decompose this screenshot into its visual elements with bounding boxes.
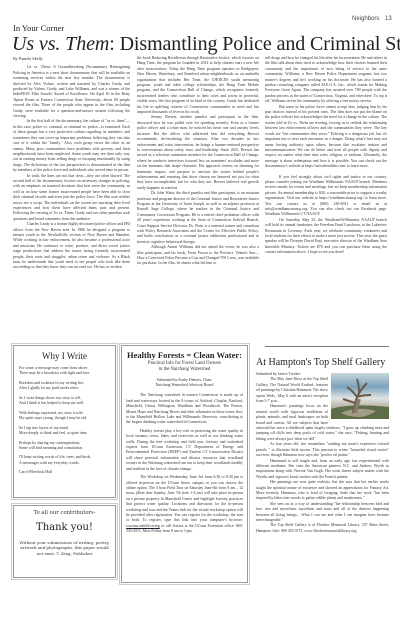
paragraph: Although Ameer Williams did not attend t… — [137, 245, 259, 267]
poem-line: After I gladly let my paid works retire. — [19, 386, 110, 391]
stanza: For some, a message may come from above.… — [19, 366, 110, 376]
stanza: So I write things down, my story to tell… — [19, 396, 110, 406]
article-column-3: sell drugs and how he changed his life a… — [265, 56, 387, 256]
byline: By Pamela Skelly — [13, 56, 130, 61]
publication-name: Neighbors — [352, 16, 379, 22]
credit-line: Natchaug Watershed Advisory Board — [126, 383, 243, 388]
stanza: Boredom and isolation lit my writing fir… — [19, 381, 110, 391]
paragraph: The Top Shelf Gallery is at Fletcher Mem… — [256, 523, 389, 534]
forest-article-box: Healthy Forests = Clean Water: Practical… — [121, 345, 248, 583]
article-column-1: By Pamela Skelly Us vs. Them: A Groundbr… — [13, 56, 130, 271]
paragraph: Jeremy Brewer, another panelist and part… — [137, 115, 259, 191]
paragraph: sell drugs and how he changed his life a… — [265, 56, 387, 105]
paragraph: But some in his police force cannot acce… — [265, 105, 387, 170]
main-headline: Us vs. Them: Dismantling Police and Crim… — [12, 33, 400, 56]
headline-italic: Us vs. Them — [12, 33, 109, 55]
paragraph: In the first half of the documentary, th… — [13, 119, 130, 173]
thanks-title: Thank you! — [19, 522, 110, 533]
poem-line: There may be a broadcast with light and … — [19, 371, 110, 376]
subtitle-line: in the Natchaug Watershed — [126, 367, 243, 373]
paragraph: Us vs. Them: A Groundbreaking Documentar… — [13, 65, 130, 119]
paragraph: On Saturday, May 23, the Windham/Willima… — [265, 218, 387, 256]
paragraph: Charles Grady is a former highly decorat… — [13, 222, 130, 271]
stanza: With feelings expressed, my story is tol… — [19, 411, 110, 421]
headline-rest: : Dismantling Police and Criminal Stereo… — [109, 33, 400, 55]
thank-you-box: To all our contributors- Thank you! With… — [13, 505, 116, 578]
page-number: 13 — [385, 16, 392, 22]
why-i-write-box: Why I Write For some, a message may come… — [13, 345, 116, 498]
forest-title: Healthy Forests = Clean Water: — [126, 350, 243, 360]
tree-icon — [331, 373, 389, 419]
poem-author: Carol Wheelock Hall — [19, 470, 110, 475]
tree-painting-image — [331, 373, 389, 419]
poem-line: A messenger with my everyday words. — [19, 461, 110, 466]
poem-line: Some will find meaning and consolation. — [19, 446, 110, 451]
stanza: So I tap into layers of my mind,More dee… — [19, 426, 110, 436]
paragraph: Dr. John Watts, the third panelist and f… — [137, 191, 259, 245]
article-column-2: the book Reducing Recidivism through Res… — [137, 56, 259, 267]
poem-line: And I think it has helped to keep me wel… — [19, 401, 110, 406]
text: will take place in-person on a private p… — [126, 491, 243, 522]
stanza: I'll keep writing words of life, trees, … — [19, 455, 110, 465]
thanks-heading: To all our contributors- — [19, 510, 110, 516]
registration-link[interactable]: s.uconn.edu/hf-cwreg — [126, 524, 160, 528]
divider — [265, 346, 389, 347]
paragraph: The Natchaug watershed in eastern Connec… — [126, 393, 243, 425]
gallery-title: At Hampton's Top Shelf Gallery — [256, 357, 385, 368]
paragraph: Healthy forests play a key role in prote… — [126, 429, 243, 472]
poem-line: More deeply to think and feel, at quiet … — [19, 431, 110, 436]
paragraph: She sees art as a way of understanding "… — [256, 502, 389, 524]
gallery-body: Submitted by Janice Trecker The May June… — [256, 372, 389, 534]
poem-title: Why I Write — [19, 351, 110, 361]
paragraph: Her paintings are now quite realistic, b… — [256, 480, 389, 502]
poem-line: My spirit stays young, though I may be o… — [19, 416, 110, 421]
forest-subtitle: Practical Info for Forest Land Owners in… — [126, 361, 243, 373]
section-label: In Your Corner — [13, 23, 64, 33]
paragraph: If you feel strongly about civil rights … — [265, 175, 387, 218]
poem: For some, a message may come from above.… — [19, 366, 110, 476]
page-header: Neighbors 13 — [352, 16, 392, 22]
paragraph: At four years old, she remembers "steali… — [256, 442, 389, 458]
paragraph: The Workshop on Wednesday, June 3rd from… — [126, 475, 243, 534]
paragraph: the book Reducing Recidivism through Res… — [137, 56, 259, 115]
forest-credit: Submitted by Kathy Demers, Chair, Natcha… — [126, 378, 243, 388]
stanza: Perhaps by sharing my contemplations,Som… — [19, 441, 110, 451]
paragraph: Hammond is self taught and, from an earl… — [256, 459, 389, 481]
forest-body: The Natchaug watershed in eastern Connec… — [126, 393, 243, 534]
thanks-message: Without your submissions of writing, poe… — [19, 540, 110, 556]
rain-date: (Rain date Sunday, June 7th from 1-4 pm) — [136, 491, 203, 495]
paragraph: In truth, the lines are not that clear—t… — [13, 174, 130, 223]
